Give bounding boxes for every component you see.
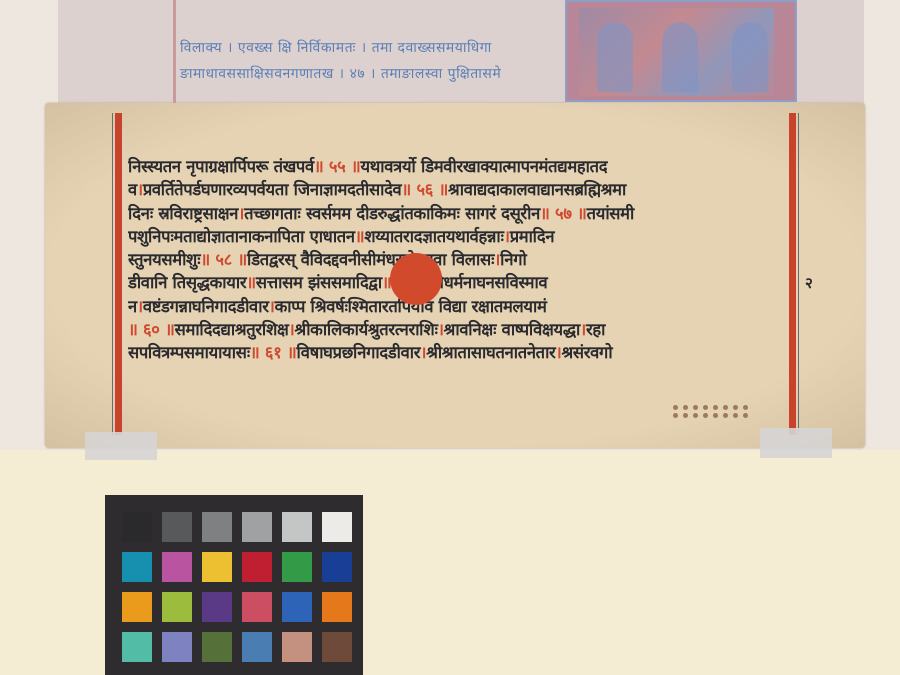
- verse-text: स्तुनयसमीशुः: [128, 250, 200, 269]
- color-patch: [242, 512, 272, 542]
- verse-marker: ॥ ५८ ॥: [200, 250, 247, 269]
- dot: [673, 413, 678, 418]
- upper-folio-rule: [173, 0, 176, 105]
- dot: [713, 413, 718, 418]
- verse-marker: ॥ ५७ ॥: [540, 204, 587, 223]
- color-checker-chart: [105, 495, 363, 675]
- verse-text: समादिदद्याश्रतुरशिक्ष: [175, 320, 289, 339]
- dot: [743, 413, 748, 418]
- verse-text: पशुनिपःमताद्योज्ञातानाकनापिता एाधातन: [128, 227, 355, 246]
- color-patch: [242, 632, 272, 662]
- verse-text: तयांसमी: [587, 204, 634, 223]
- color-patch: [242, 552, 272, 582]
- color-patch: [282, 512, 312, 542]
- dot: [733, 413, 738, 418]
- color-patch: [242, 592, 272, 622]
- verse-text: व: [128, 180, 137, 199]
- manuscript-folio: निस्स्यतन नृपाग्रक्षार्पिपरू तंखपर्व॥ ५५…: [45, 103, 865, 448]
- color-patch: [162, 512, 192, 542]
- decorative-dots: [673, 405, 763, 425]
- verse-text: शय्यातरादज्ञातयथार्वहन्नाः: [364, 227, 503, 246]
- manuscript-line: दिनः स्रविराष्ट्रसाक्षन।तच्छागताः स्वर्स…: [128, 202, 788, 225]
- verse-text: सोधर्मनाघनसविस्माव: [429, 273, 548, 292]
- color-patch: [282, 592, 312, 622]
- margin-line: [112, 113, 113, 435]
- left-red-rule: [115, 113, 122, 435]
- color-patch: [322, 592, 352, 622]
- miniature-painting: [565, 0, 797, 102]
- verse-text: तच्छागताः स्वर्समम दीडरुद्धांतकाकिमः साग…: [244, 204, 540, 223]
- verse-text: दिनः स्रविराष्ट्रसाक्षन: [128, 204, 238, 223]
- color-patch: [122, 592, 152, 622]
- dot: [733, 405, 738, 410]
- verse-text: सपवित्रम्पसमायायासः: [128, 343, 250, 362]
- color-patch: [282, 552, 312, 582]
- verse-text: डीवानि तिसृद्धकायार: [128, 273, 246, 292]
- dot: [743, 405, 748, 410]
- verse-text: श्रीश्रातासाघतनातनेतार: [426, 343, 555, 362]
- dot: [683, 413, 688, 418]
- manuscript-line: स्तुनयसमीशुः॥ ५८ ॥डितद्वरस् वैविदद्दवनीस…: [128, 248, 788, 271]
- verse-text: श्रीकालिकार्यश्रुतरत्नराशिः: [295, 320, 438, 339]
- dot: [703, 405, 708, 410]
- verse-text: यथावत्रर्यो डिमवीरखाक्यात्मापनमंतद्यमहात…: [360, 157, 607, 176]
- color-patch: [202, 592, 232, 622]
- manuscript-line: ॥ ६० ॥समादिदद्याश्रतुरशिक्ष।श्रीकालिकार्…: [128, 318, 788, 341]
- mounting-tape-right: [760, 428, 832, 458]
- dot: [703, 413, 708, 418]
- verse-text: प्रमादिन: [510, 227, 555, 246]
- color-patch: [162, 552, 192, 582]
- manuscript-line: पशुनिपःमताद्योज्ञातानाकनापिता एाधातन॥शय्…: [128, 225, 788, 248]
- verse-text: निगो: [500, 250, 526, 269]
- painting-figure: [732, 22, 768, 92]
- verse-text: डितद्वरस् वैविदद्दवनीसीमंधरावेक्षुरवा वि…: [247, 250, 494, 269]
- verse-marker: ॥ ६१ ॥: [250, 343, 297, 362]
- mounting-tape-left: [85, 432, 157, 460]
- manuscript-line: निस्स्यतन नृपाग्रक्षार्पिपरू तंखपर्व॥ ५५…: [128, 155, 788, 178]
- right-red-rule: [789, 113, 796, 435]
- upper-folio-line-1: विलाक्य । एवख्स क्षि निर्विकामतः । तमा द…: [180, 38, 492, 57]
- manuscript-line: न।वष्टंडगन्नाघनिगादडीवार।काप्प श्रिवर्षः…: [128, 295, 788, 318]
- painting-figure: [662, 22, 698, 92]
- verse-marker: ॥ ६० ॥: [128, 320, 175, 339]
- color-patch: [122, 632, 152, 662]
- dot: [723, 413, 728, 418]
- color-patch: [322, 632, 352, 662]
- color-patch: [322, 512, 352, 542]
- verse-text: वष्टंडगन्नाघनिगादडीवार: [143, 297, 269, 316]
- color-patch: [122, 552, 152, 582]
- color-patch: [122, 512, 152, 542]
- color-patch: [202, 632, 232, 662]
- verse-text: श्रावाद्यदाकालवाद्यानसब्रह्मिश्रमा: [448, 180, 626, 199]
- verse-text: न: [128, 297, 137, 316]
- margin-line: [798, 113, 799, 435]
- verse-text: प्रवर्तितेपर्डघणारव्यपर्वयता जिनाज्ञामदत…: [143, 180, 402, 199]
- verse-text: निस्स्यतन नृपाग्रक्षार्पिपरू तंखपर्व: [128, 157, 314, 176]
- color-patch: [282, 632, 312, 662]
- color-patch: [162, 632, 192, 662]
- color-patch: [322, 552, 352, 582]
- color-patch: [162, 592, 192, 622]
- manuscript-line: व।प्रवर्तितेपर्डघणारव्यपर्वयता जिनाज्ञाम…: [128, 178, 788, 201]
- verse-text: रहा: [586, 320, 605, 339]
- painting-figure: [597, 22, 633, 92]
- verse-text: सत्तासम झंससमादिद्वा: [256, 273, 382, 292]
- verse-marker: ॥: [355, 227, 365, 246]
- manuscript-line: सपवित्रम्पसमायायासः॥ ६१ ॥विषाघप्रछनिगादड…: [128, 341, 788, 364]
- dot: [693, 413, 698, 418]
- verse-marker: ॥ ५५ ॥: [314, 157, 361, 176]
- manuscript-line: डीवानि तिसृद्धकायार॥सत्तासम झंससमादिद्वा…: [128, 271, 788, 294]
- color-patch: [202, 512, 232, 542]
- verse-text: श्रावनिक्षः वाष्पविक्षयद्धा: [444, 320, 580, 339]
- dot: [673, 405, 678, 410]
- folio-number: २: [805, 273, 813, 293]
- color-patch: [202, 552, 232, 582]
- verse-text: विषाघप्रछनिगादडीवार: [297, 343, 421, 362]
- dot: [723, 405, 728, 410]
- verse-marker: ॥ ५६ ॥: [401, 180, 448, 199]
- manuscript-text: निस्स्यतन नृपाग्रक्षार्पिपरू तंखपर्व॥ ५५…: [128, 155, 788, 365]
- dot: [693, 405, 698, 410]
- decorative-red-circle: [390, 253, 442, 305]
- dot: [683, 405, 688, 410]
- verse-text: श्रसंरवगो: [561, 343, 612, 362]
- verse-marker: ॥: [246, 273, 256, 292]
- dot: [713, 405, 718, 410]
- upper-folio-line-2: ङामाधावससाक्षिसवनगणातख । ४७ । तमाङालस्वा…: [180, 64, 501, 83]
